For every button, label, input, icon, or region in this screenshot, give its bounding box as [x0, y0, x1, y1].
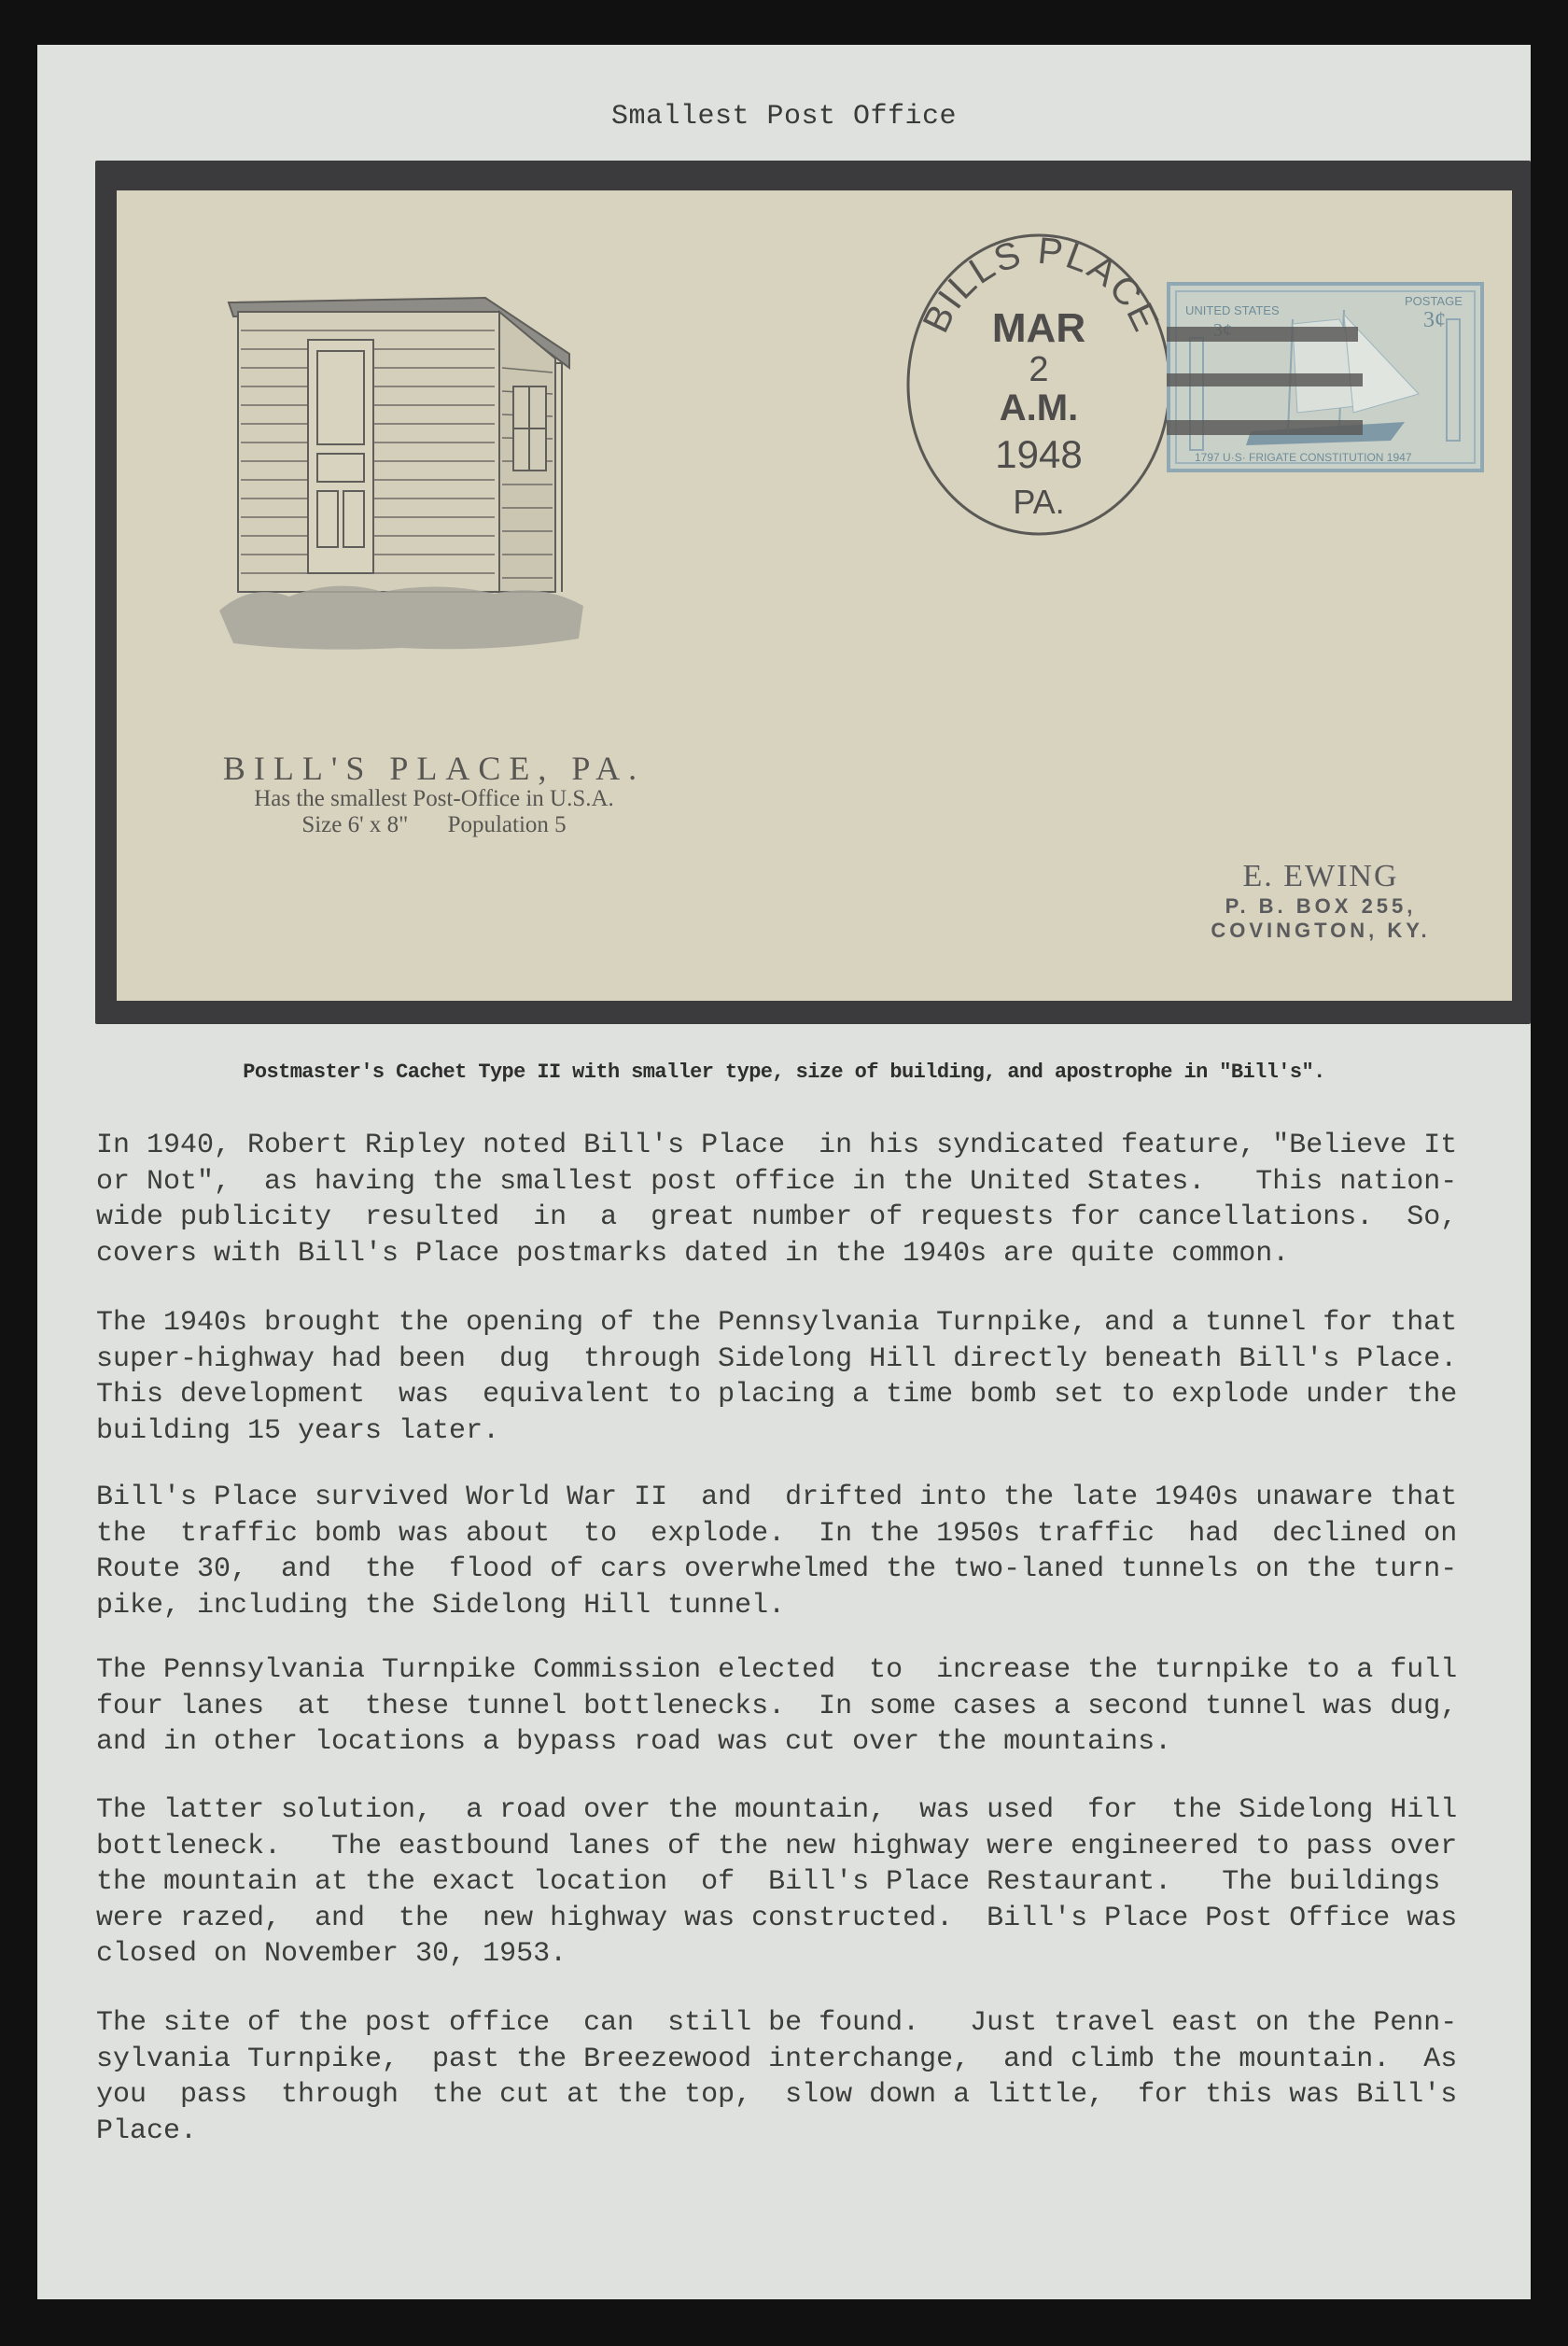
envelope-cover: BILL'S PLACE, PA. Has the smallest Post-…: [117, 190, 1512, 1001]
cachet-town-name: BILL'S PLACE, PA.: [173, 749, 695, 788]
cover-caption: Postmaster's Cachet Type II with smaller…: [37, 1061, 1531, 1084]
postmark-month: MAR: [903, 305, 1174, 352]
svg-text:3¢: 3¢: [1423, 308, 1446, 332]
text-line: The site of the post office can still be…: [96, 2005, 1522, 2042]
frigate-constitution-stamp-icon: UNITED STATES POSTAGE 3¢ 3¢ 1797 U·S· FR…: [1167, 282, 1484, 473]
text-line: In 1940, Robert Ripley noted Bill's Plac…: [96, 1128, 1522, 1164]
recipient-name: E. EWING: [1167, 859, 1475, 894]
text-line: This development was equivalent to placi…: [96, 1377, 1522, 1413]
paragraph-traffic-bomb: Bill's Place survived World War II and d…: [96, 1480, 1522, 1623]
cachet-population: Population 5: [448, 812, 567, 837]
recipient-city: COVINGTON, KY.: [1167, 919, 1475, 943]
text-line: sylvania Turnpike, past the Breezewood i…: [96, 2042, 1522, 2078]
text-line: you pass through the cut at the top, slo…: [96, 2077, 1522, 2114]
recipient-address: E. EWING P. B. BOX 255, COVINGTON, KY.: [1167, 859, 1475, 943]
page-title: Smallest Post Office: [37, 101, 1531, 133]
post-office-building-icon: [215, 284, 625, 723]
paragraph-ripley: In 1940, Robert Ripley noted Bill's Plac…: [96, 1128, 1522, 1271]
postmark-state: PA.: [903, 483, 1174, 522]
text-line: Route 30, and the flood of cars overwhel…: [96, 1552, 1522, 1588]
text-line: Bill's Place survived World War II and d…: [96, 1480, 1522, 1516]
text-line: closed on November 30, 1953.: [96, 1936, 1522, 1973]
svg-text:1797 U·S· FRIGATE CONSTITUTION: 1797 U·S· FRIGATE CONSTITUTION 1947: [1195, 451, 1412, 464]
cachet-size: Size 6' x 8": [301, 812, 408, 837]
postmark-day: 2: [903, 350, 1174, 390]
text-line: The Pennsylvania Turnpike Commission ele…: [96, 1652, 1522, 1689]
text-line: wide publicity resulted in a great numbe…: [96, 1200, 1522, 1236]
text-line: or Not", as having the smallest post off…: [96, 1164, 1522, 1201]
svg-text:POSTAGE: POSTAGE: [1405, 294, 1463, 308]
text-line: The 1940s brought the opening of the Pen…: [96, 1305, 1522, 1342]
paragraph-commission: The Pennsylvania Turnpike Commission ele…: [96, 1652, 1522, 1761]
postmark-year: 1948: [903, 432, 1174, 477]
text-line: Place.: [96, 2114, 1522, 2150]
svg-text:UNITED STATES: UNITED STATES: [1185, 303, 1280, 317]
text-line: four lanes at these tunnel bottlenecks. …: [96, 1689, 1522, 1725]
cachet-stats: Size 6' x 8" Population 5: [173, 812, 695, 838]
text-line: building 15 years later.: [96, 1413, 1522, 1450]
text-line: pike, including the Sidelong Hill tunnel…: [96, 1588, 1522, 1624]
paragraph-site-today: The site of the post office can still be…: [96, 2005, 1522, 2149]
cachet-text: BILL'S PLACE, PA. Has the smallest Post-…: [173, 749, 695, 838]
text-line: bottleneck. The eastbound lanes of the n…: [96, 1829, 1522, 1865]
text-line: the mountain at the exact location of Bi…: [96, 1864, 1522, 1901]
text-line: and in other locations a bypass road was…: [96, 1724, 1522, 1761]
cachet-slogan: Has the smallest Post-Office in U.S.A.: [173, 786, 695, 812]
text-line: covers with Bill's Place postmarks dated…: [96, 1236, 1522, 1272]
recipient-box: P. B. BOX 255,: [1167, 894, 1475, 919]
paragraph-turnpike: The 1940s brought the opening of the Pen…: [96, 1305, 1522, 1449]
postmark-time: A.M.: [903, 387, 1174, 429]
text-line: the traffic bomb was about to explode. I…: [96, 1516, 1522, 1552]
text-line: were razed, and the new highway was cons…: [96, 1901, 1522, 1937]
paragraph-road-over-mountain: The latter solution, a road over the mou…: [96, 1792, 1522, 1973]
postage-stamp: UNITED STATES POSTAGE 3¢ 3¢ 1797 U·S· FR…: [1167, 282, 1484, 473]
postmark: BILLS PLACE MAR 2 A.M. 1948 PA.: [903, 231, 1174, 539]
album-page: Smallest Post Office: [37, 45, 1531, 2299]
text-line: The latter solution, a road over the mou…: [96, 1792, 1522, 1829]
text-line: super-highway had been dug through Sidel…: [96, 1342, 1522, 1378]
